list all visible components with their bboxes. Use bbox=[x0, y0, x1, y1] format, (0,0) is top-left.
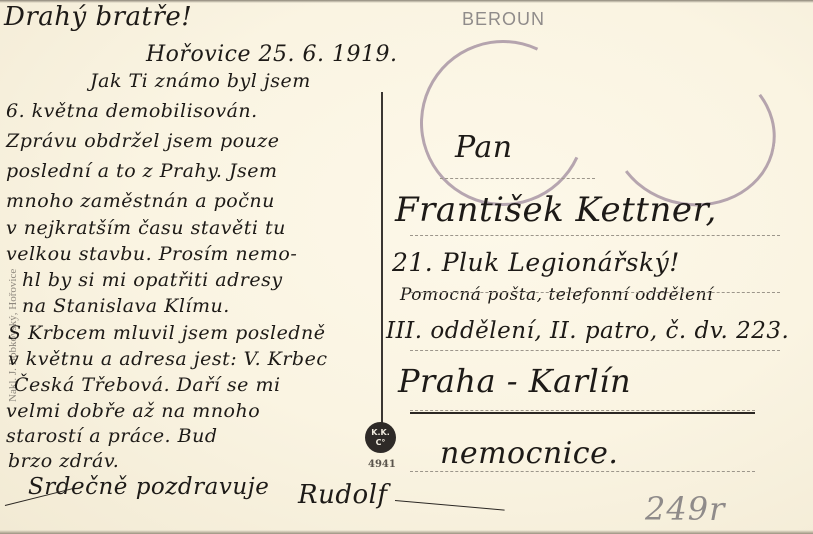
message-signature: Rudolf bbox=[298, 480, 388, 510]
message-line: Zprávu obdržel jsem pouze bbox=[6, 130, 280, 152]
address-line-2 bbox=[410, 235, 780, 236]
pencil-note-number: 249r bbox=[645, 490, 725, 528]
signature-flourish bbox=[395, 500, 505, 511]
message-line: poslední a to z Prahy. Jsem bbox=[6, 160, 278, 182]
message-line: na Stanislava Klímu. bbox=[22, 295, 230, 317]
message-line: velkou stavbu. Prosím nemo- bbox=[6, 243, 297, 265]
message-line: v nejkratším času stavěti tu bbox=[6, 217, 286, 239]
publisher-logo: K.K. C° bbox=[365, 422, 396, 453]
address-line-3 bbox=[410, 292, 780, 293]
message-line: v květnu a adresa jest: V. Krbec bbox=[8, 348, 327, 370]
address-office: III. oddělení, II. patro, č. dv. 223. bbox=[386, 318, 789, 344]
message-line: S Krbcem mluvil jsem posledně bbox=[8, 322, 325, 344]
message-line: velmi dobře až na mnoho bbox=[6, 400, 260, 422]
postcard-back: BEROUN 249r Nakl. J. Bobkovský, Hořovice… bbox=[0, 0, 813, 534]
address-line-1 bbox=[440, 178, 595, 179]
publisher-logo-number: 4941 bbox=[368, 459, 396, 470]
address-place: nemocnice. bbox=[440, 436, 618, 471]
publisher-logo-line1: K.K. bbox=[365, 428, 396, 438]
address-line-6 bbox=[410, 471, 755, 472]
message-line: hl by si mi opatřiti adresy bbox=[22, 269, 283, 291]
address-department: Pomocná pošta, telefonní oddělení bbox=[400, 285, 713, 305]
address-city-underline bbox=[410, 412, 755, 414]
message-line: Jak Ti známo byl jsem bbox=[90, 70, 311, 92]
address-unit: 21. Pluk Legionářský! bbox=[392, 248, 680, 277]
message-line: brzo zdráv. bbox=[8, 450, 119, 472]
address-line-5 bbox=[410, 410, 755, 411]
pencil-note-town: BEROUN bbox=[462, 9, 545, 30]
address-line-4 bbox=[410, 350, 780, 351]
message-place-date: Hořovice 25. 6. 1919. bbox=[146, 42, 397, 67]
message-greeting: Drahý bratře! bbox=[4, 2, 192, 32]
address-name: František Kettner, bbox=[395, 190, 717, 230]
message-line: Česká Třebová. Daří se mi bbox=[14, 374, 281, 396]
message-closing: Srdečně pozdravuje bbox=[28, 474, 269, 500]
message-line: 6. května demobilisován. bbox=[6, 100, 258, 122]
publisher-logo-line2: C° bbox=[365, 438, 396, 448]
message-line: mnoho zaměstnán a počnu bbox=[6, 190, 275, 212]
address-city: Praha - Karlín bbox=[398, 362, 631, 400]
postcard-divider bbox=[381, 92, 383, 432]
message-line: starostí a práce. Bud bbox=[6, 425, 218, 447]
address-salutation: Pan bbox=[455, 130, 513, 165]
